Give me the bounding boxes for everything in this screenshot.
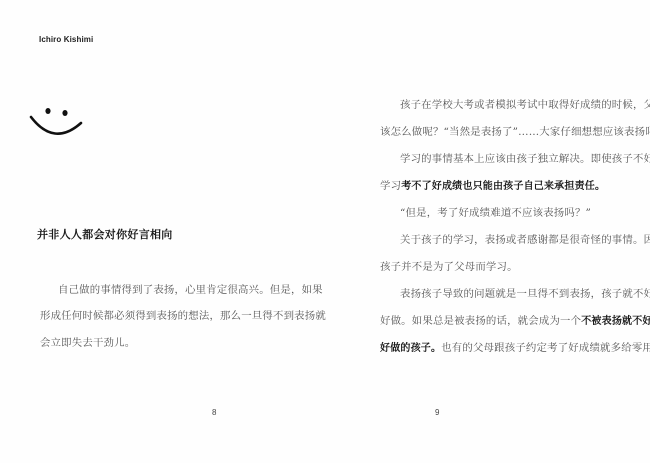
bold-text-run: 好做的孩子。: [380, 343, 441, 354]
text-run: 该怎么做呢？“当然是表扬了”……大家仔细想想应该表扬吗？: [380, 126, 650, 138]
body-line: 形成任何时候都必须得到表扬的想法，那么一旦得不到表扬就: [40, 309, 326, 323]
body-line: 孩子并不是为了父母而学习。: [380, 260, 518, 274]
text-run: 关于孩子的学习，表扬或者感谢都是很奇怪的事情。因为: [400, 234, 650, 246]
body-line: 好做的孩子。也有的父母跟孩子约定考了好成绩就多给零用: [380, 341, 650, 356]
bold-text-run: 不被表扬就不好: [581, 316, 650, 327]
body-line: 该怎么做呢？“当然是表扬了”……大家仔细想想应该表扬吗？: [380, 125, 650, 139]
page-number-left: 8: [212, 408, 216, 417]
body-line: 孩子在学校大考或者模拟考试中取得好成绩的时候，父母: [400, 98, 650, 112]
text-run: 也有的父母跟孩子约定考了好成绩就多给零用: [441, 342, 650, 354]
body-line: 自己做的事情得到了表扬，心里肯定很高兴。但是，如果: [58, 283, 323, 297]
body-line: 会立即失去干劲儿。: [40, 336, 135, 350]
text-run: “但是，考了好成绩难道不应该表扬吗？”: [400, 207, 591, 219]
left-page: Ichiro Kishimi 并非人人都会对你好言相向 自己做的事情得到了表扬，…: [0, 0, 325, 463]
text-run: 孩子并不是为了父母而学习。: [380, 261, 518, 273]
text-run: 孩子在学校大考或者模拟考试中取得好成绩的时候，父母: [400, 99, 650, 111]
body-line: 学习的事情基本上应该由孩子独立解决。即使孩子不好好: [400, 152, 650, 166]
right-page: 孩子在学校大考或者模拟考试中取得好成绩的时候，父母 该怎么做呢？“当然是表扬了”…: [325, 0, 650, 463]
chapter-title: 并非人人都会对你好言相向: [37, 226, 173, 242]
text-run: 表扬孩子导致的问题就是一旦得不到表扬，孩子就不好: [400, 288, 650, 300]
bold-text-run: 考不了好成绩也只能由孩子自己来承担责任。: [401, 181, 605, 192]
page-number-right: 9: [435, 408, 439, 417]
text-run: 好做。如果总是被表扬的话，就会成为一个: [380, 315, 581, 327]
body-line: 表扬孩子导致的问题就是一旦得不到表扬，孩子就不好: [400, 287, 650, 301]
body-line: 学习考不了好成绩也只能由孩子自己来承担责任。: [380, 179, 605, 194]
text-run: 学习的事情基本上应该由孩子独立解决。即使孩子不好好: [400, 153, 650, 165]
body-line: 关于孩子的学习，表扬或者感谢都是很奇怪的事情。因为: [400, 233, 650, 247]
author-name: Ichiro Kishimi: [39, 35, 93, 44]
body-line: 好做。如果总是被表扬的话，就会成为一个不被表扬就不好: [380, 314, 650, 329]
smiley-face-icon: [28, 103, 86, 139]
text-run: 学习: [380, 180, 401, 192]
body-line: “但是，考了好成绩难道不应该表扬吗？”: [400, 206, 591, 220]
book-spread: Ichiro Kishimi 并非人人都会对你好言相向 自己做的事情得到了表扬，…: [0, 0, 650, 463]
